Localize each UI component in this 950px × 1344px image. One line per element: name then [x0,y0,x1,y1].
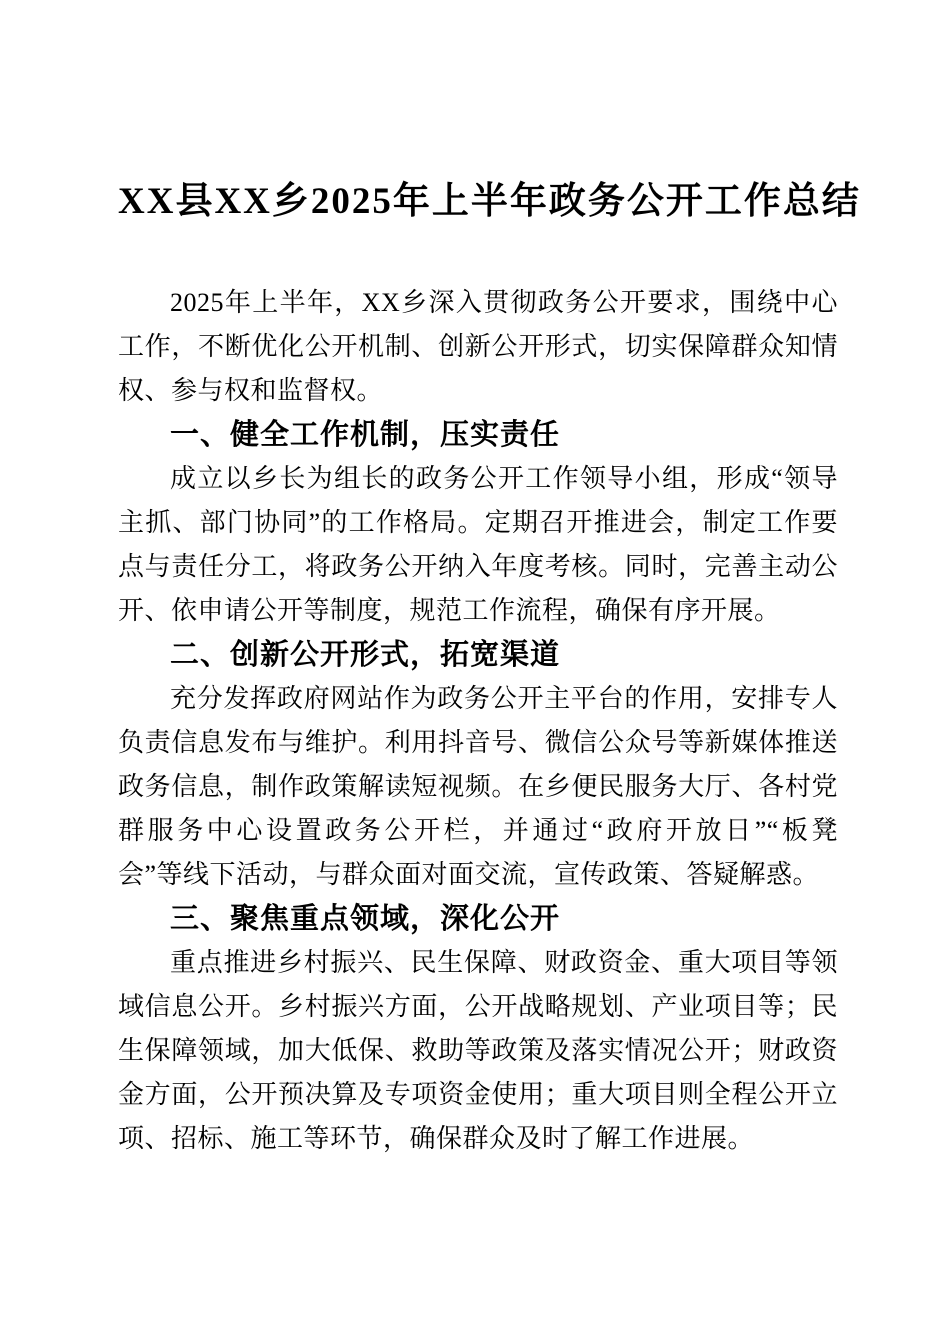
paragraph-line: 群服务中心设置政务公开栏，并通过“政府开放日”“板凳 [118,809,838,853]
paragraph-line: 域信息公开。乡村振兴方面，公开战略规划、产业项目等；民 [118,985,838,1029]
paragraph-line: 工作，不断优化公开机制、创新公开形式，切实保障群众知情 [118,325,838,369]
document-page: XX县XX乡2025年上半年政务公开工作总结 2025年上半年，XX乡深入贯彻政… [0,0,950,1344]
paragraph: 成立以乡长为组长的政务公开工作领导小组，形成“领导 主抓、部门协同”的工作格局。… [118,457,838,633]
document-body: 2025年上半年，XX乡深入贯彻政务公开要求，围绕中心 工作，不断优化公开机制、… [118,281,838,1161]
paragraph-line: 负责信息发布与维护。利用抖音号、微信公众号等新媒体推送 [118,721,838,765]
document-title: XX县XX乡2025年上半年政务公开工作总结 [118,180,838,224]
paragraph-line: 成立以乡长为组长的政务公开工作领导小组，形成“领导 [118,457,838,501]
paragraph-line: 政务信息，制作政策解读短视频。在乡便民服务大厅、各村党 [118,765,838,809]
paragraph-line: 2025年上半年，XX乡深入贯彻政务公开要求，围绕中心 [118,281,838,325]
paragraph: 重点推进乡村振兴、民生保障、财政资金、重大项目等领 域信息公开。乡村振兴方面，公… [118,941,838,1161]
paragraph-line: 主抓、部门协同”的工作格局。定期召开推进会，制定工作要 [118,501,838,545]
paragraph-line: 开、依申请公开等制度，规范工作流程，确保有序开展。 [118,589,838,633]
paragraph: 充分发挥政府网站作为政务公开主平台的作用，安排专人 负责信息发布与维护。利用抖音… [118,677,838,897]
paragraph-line: 重点推进乡村振兴、民生保障、财政资金、重大项目等领 [118,941,838,985]
paragraph-line: 项、招标、施工等环节，确保群众及时了解工作进展。 [118,1117,838,1161]
paragraph-line: 权、参与权和监督权。 [118,369,838,413]
section-heading-1: 一、健全工作机制，压实责任 [118,413,838,457]
paragraph: 2025年上半年，XX乡深入贯彻政务公开要求，围绕中心 工作，不断优化公开机制、… [118,281,838,413]
section-heading-2: 二、创新公开形式，拓宽渠道 [118,633,838,677]
paragraph-line: 生保障领域，加大低保、救助等政策及落实情况公开；财政资 [118,1029,838,1073]
paragraph-line: 会”等线下活动，与群众面对面交流，宣传政策、答疑解惑。 [118,853,838,897]
paragraph-line: 充分发挥政府网站作为政务公开主平台的作用，安排专人 [118,677,838,721]
section-heading-3: 三、聚焦重点领域，深化公开 [118,897,838,941]
paragraph-line: 金方面，公开预决算及专项资金使用；重大项目则全程公开立 [118,1073,838,1117]
paragraph-line: 点与责任分工，将政务公开纳入年度考核。同时，完善主动公 [118,545,838,589]
